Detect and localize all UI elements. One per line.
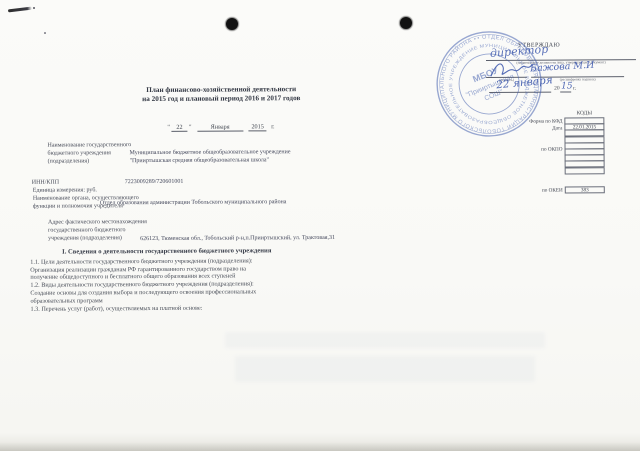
codes-label-okpo: по ОКПО <box>493 147 563 153</box>
quote-close: " <box>189 124 192 131</box>
year-prefix: 20 <box>554 86 560 92</box>
address-value: 626123, Тюменская обл., Тобольский р-н,п… <box>140 233 350 242</box>
codes-label-date: Дата <box>492 126 562 132</box>
label-line: учреждения (подразделения) <box>48 234 147 243</box>
codes-table-header: КОДЫ <box>564 110 604 116</box>
codes-table: 22.01.2015 <box>564 117 604 174</box>
label-line: (подразделения) <box>48 158 132 167</box>
label-line: Наименование государственного <box>47 141 131 150</box>
codes-cell <box>565 167 605 174</box>
address-label: Адрес фактического местонахождения госуд… <box>48 218 147 243</box>
document-title: План финансово-хозяйственной деятельност… <box>91 85 351 105</box>
year-rule <box>560 91 571 92</box>
date-month: Января <box>197 123 243 131</box>
codes-cell-okei: 383 <box>565 186 605 194</box>
scanned-page: План финансово-хозяйственной деятельност… <box>0 0 640 451</box>
codes-label-kfd: Форма по КФД <box>492 119 562 125</box>
title-line-2: на 2015 год и плановый период 2016 и 201… <box>91 94 351 105</box>
date-suffix: г. <box>271 123 274 130</box>
document-content: План финансово-хозяйственной деятельност… <box>0 0 640 451</box>
section-1-heading: I. Сведения о деятельности государственн… <box>62 247 271 255</box>
founder-value: Отдел образования администрации Тобольск… <box>100 197 340 207</box>
date-year: 2015 <box>249 123 267 131</box>
item-1-1-body: Организация реализации гражданам РФ гара… <box>30 265 254 282</box>
item-1-2-body: Создание основы для создания выбора и по… <box>30 288 278 305</box>
codes-label-okei: по ОКЕИ <box>493 187 563 193</box>
quote-open: " <box>167 124 170 131</box>
item-1-3-title: 1.3. Перечень услуг (работ), осуществляе… <box>30 303 360 313</box>
label-line: Адрес фактического местонахождения <box>48 218 147 227</box>
institution-name-value: Муниципальное бюджетное общеобразователь… <box>130 148 326 166</box>
institution-name-label: Наименование государственного бюджетного… <box>47 141 131 166</box>
year-suffix: г. <box>573 85 576 91</box>
date-day: 22 <box>171 124 187 132</box>
document-date-line: " 22 " Января 2015 г. <box>167 123 274 132</box>
round-seal-stamp: • ОТДЕЛ ОБРАЗОВАНИЯ АДМИНИСТРАЦИИ ТОБОЛЬ… <box>420 15 559 154</box>
inn-kpp-value: 7223009289/720601001 <box>125 177 184 186</box>
